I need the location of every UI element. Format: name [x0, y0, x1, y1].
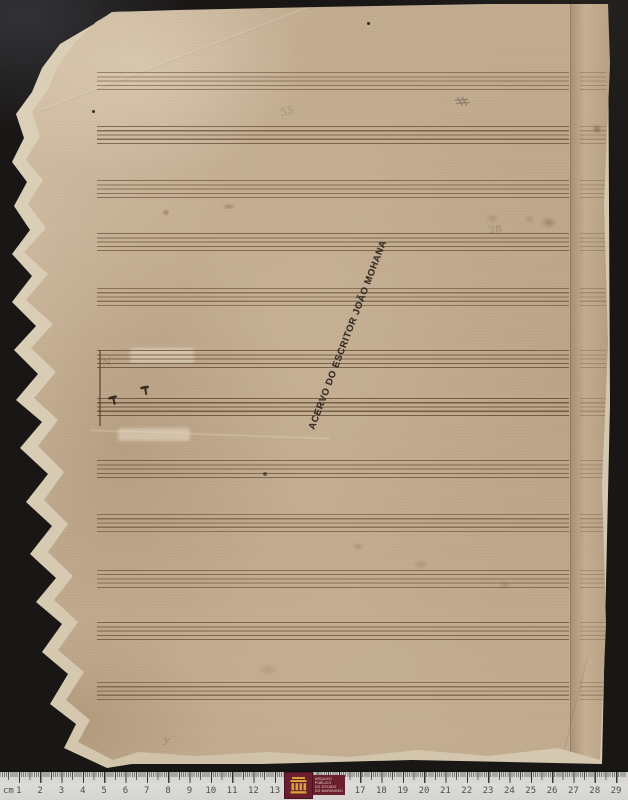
staff-lines [97, 72, 569, 90]
ruler-number: 10 [205, 786, 216, 796]
stain [540, 216, 558, 229]
ruler-unit-label: cm [3, 786, 14, 796]
staff-lines [97, 233, 569, 251]
stain [523, 214, 536, 224]
ruler-number: 29 [611, 786, 622, 796]
ink-note-mark [140, 385, 149, 389]
ink-dot [263, 472, 267, 476]
ruler-number: 23 [483, 786, 494, 796]
ruler-number: 11 [227, 786, 238, 796]
staff-lines [97, 180, 569, 198]
staff-lines [97, 622, 569, 640]
stain [352, 542, 364, 551]
paper-crease [20, 3, 319, 120]
staff-lines-edge-stub [580, 72, 606, 90]
binding-grommet [609, 383, 621, 395]
ruler-number: 12 [248, 786, 259, 796]
staff-lines-edge-stub [580, 350, 606, 368]
ruler-number: 6 [123, 786, 128, 796]
staff-lines [97, 126, 569, 144]
ruler-number: 24 [504, 786, 515, 796]
ruler-number: 5 [101, 786, 106, 796]
building-icon-svg [288, 776, 309, 795]
ruler-number: 18 [376, 786, 387, 796]
staff-lines [97, 288, 569, 306]
building-icon [284, 772, 313, 799]
ruler-number: 27 [568, 786, 579, 796]
pencil-faint-number: 55 [279, 104, 295, 119]
paper-hole [367, 22, 370, 25]
photo-stage: ACERVO DO ESCRITOR JOÃO MOHANA 6 55 # 28… [0, 0, 628, 800]
stain [413, 559, 429, 570]
ruler-number: 19 [397, 786, 408, 796]
ruler-number: 26 [547, 786, 558, 796]
staff-lines [97, 682, 569, 700]
page-right-fold [570, 4, 611, 764]
archive-logo: ARQUIVOPÚBLICODO ESTADODO MARANHÃO [284, 772, 345, 799]
staff-lines [97, 514, 569, 532]
ruler-number: 28 [589, 786, 600, 796]
ruler-number: 7 [144, 786, 149, 796]
archive-logo-text: ARQUIVOPÚBLICODO ESTADODO MARANHÃO [313, 775, 345, 795]
manuscript-page: ACERVO DO ESCRITOR JOÃO MOHANA 6 55 # 28… [18, 4, 610, 764]
staff-lines-edge-stub [580, 180, 606, 198]
staff-lines-edge-stub [580, 622, 606, 640]
pencil-squiggle: # [449, 93, 474, 110]
stain [162, 209, 170, 216]
staff-lines-edge-stub [580, 233, 606, 251]
ruler-number: 22 [461, 786, 472, 796]
ruler-number: 4 [80, 786, 85, 796]
staff-lines-edge-stub [580, 460, 606, 478]
staff-lines-edge-stub [580, 514, 606, 532]
staff-lines [97, 398, 569, 416]
pencil-small-mark: y [163, 735, 170, 747]
ruler-number: 1 [16, 786, 21, 796]
stain [485, 213, 500, 224]
staff-lines-edge-stub [580, 288, 606, 306]
stain [498, 580, 512, 590]
ruler-number: 25 [525, 786, 536, 796]
ruler-number: 9 [187, 786, 192, 796]
stain [592, 124, 602, 134]
staff-lines [97, 460, 569, 478]
archive-logo-text-line: DO MARANHÃO [315, 789, 344, 793]
ink-dot [92, 110, 95, 113]
ruler-number: 20 [419, 786, 430, 796]
ruler-number: 13 [269, 786, 280, 796]
pencil-scribble: 28 [488, 224, 502, 237]
stain [222, 203, 236, 210]
staff-lines-edge-stub [580, 682, 606, 700]
ruler-number: 3 [59, 786, 64, 796]
staff-lines-edge-stub [580, 398, 606, 416]
staff-lines-edge-stub [580, 570, 606, 588]
stain [258, 664, 278, 676]
ruler-number: 17 [355, 786, 366, 796]
ruler-number: 21 [440, 786, 451, 796]
ruler-number: 8 [165, 786, 170, 796]
ruler-number: 2 [37, 786, 42, 796]
